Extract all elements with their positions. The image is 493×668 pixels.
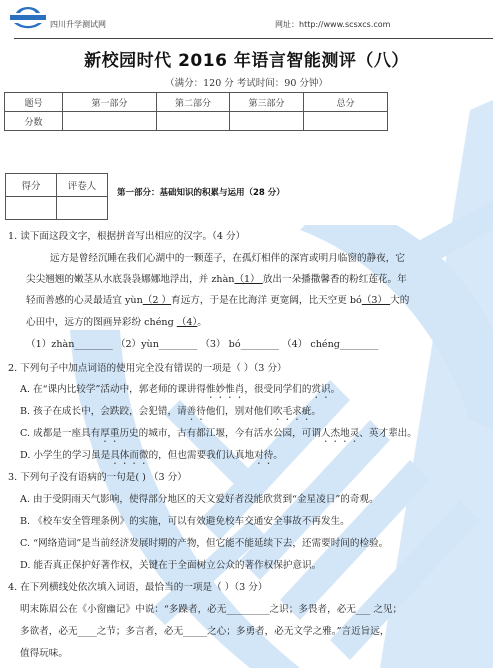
q2-option-c: C. 成都是一座具有厚重历史的城市，古有都江堰，今有活水公园，可谓人杰地灵、英才… bbox=[20, 425, 417, 445]
dotted-word: 具体而微 bbox=[110, 450, 148, 461]
table-header: 得分 bbox=[6, 174, 57, 197]
blank-4: （4） bbox=[177, 317, 198, 328]
q3-option-d: D. 能否真正保护好著作权，关键在于全面树立公众的著作权保护意识。 bbox=[20, 557, 321, 571]
dotted-word: 人杰地灵 bbox=[321, 428, 359, 439]
table-row: 题号 第一部分 第二部分 第三部分 总分 bbox=[5, 93, 388, 112]
text: 的，但也需要我们认真地 bbox=[149, 450, 255, 461]
site-name: 四川升学测试网 bbox=[50, 19, 106, 30]
grader-cell[interactable] bbox=[57, 197, 108, 220]
blank-1: （1） bbox=[234, 274, 262, 285]
q2-option-a: A. 在“课内比较学”活动中，郭老师的课讲得惟妙惟肖，很受同学们的赏识。 bbox=[20, 381, 340, 401]
q3-option-b: B. 《校车安全管理条例》的实施，可以有效避免校车交通安全事故不再发生。 bbox=[20, 513, 350, 527]
text: 育远方，于是在比海洋 更宽阔，比天空更 bó bbox=[171, 295, 362, 306]
site-url: 网址：http://www.scsxcs.com bbox=[275, 19, 390, 30]
q4-passage-line: 值得玩味。 bbox=[20, 645, 68, 659]
grader-table: 得分 评卷人 bbox=[5, 173, 108, 220]
q4-passage-line: 多欲者，必无____之节；多言者，必无_____之心；多勇者，必无文学之雅。”言… bbox=[20, 623, 389, 637]
text: 。 bbox=[197, 317, 207, 328]
blank-3: （3） bbox=[362, 295, 390, 306]
score-cell[interactable] bbox=[157, 112, 230, 131]
grade-cell[interactable] bbox=[6, 197, 57, 220]
text: ，很受同学们的 bbox=[244, 384, 311, 395]
q1-paragraph-line: 远方是曾经沉睡在我们心湖中的一颗莲子，在孤灯相伴的深宵或明月临窗的静夜，它 bbox=[50, 250, 405, 264]
q1-paragraph-line: 心田中，远方的图画异彩纷 chéng （4）。 bbox=[26, 314, 207, 328]
header-divider bbox=[14, 38, 493, 39]
question-2-stem: 2. 下列句子中加点词语的使用完全没有错误的一项是（ ）（3 分） bbox=[8, 360, 287, 374]
text: 心田中，远方的图画异彩纷 chéng bbox=[26, 317, 177, 328]
dotted-word: 吹毛求疵 bbox=[273, 406, 311, 417]
blank-2: （2 ） bbox=[143, 295, 171, 306]
q1-answer-blanks[interactable]: （1）zhàn________ （2）yùn________ （3） bó___… bbox=[26, 336, 378, 350]
text: 他们，别对他们 bbox=[206, 406, 273, 417]
q2-option-b: B. 孩子在成长中，会跌跤，会犯错，请善待他们，别对他们吹毛求疵。 bbox=[20, 403, 321, 423]
text: D. 小学生的学习虽是 bbox=[20, 450, 110, 461]
score-cell[interactable] bbox=[230, 112, 304, 131]
score-cell[interactable] bbox=[63, 112, 157, 131]
row-label: 分数 bbox=[5, 112, 63, 131]
table-header: 总分 bbox=[304, 93, 388, 112]
page-title: 新校园时代 2016 年语言智能测评（八） bbox=[0, 46, 493, 71]
question-3-stem: 3. 下列句子没有语病的一句是( ) （3 分） bbox=[8, 469, 187, 483]
table-header: 评卷人 bbox=[57, 174, 108, 197]
dotted-word: 惟妙惟肖 bbox=[206, 384, 244, 395]
q2-option-d: D. 小学生的学习虽是具体而微的，但也需要我们认真地对待。 bbox=[20, 447, 283, 467]
question-4-stem: 4. 在下列横线处依次填入词语，最恰当的一项是（ ）（3 分） bbox=[8, 579, 267, 593]
text: B. 孩子在成长中，会跌跤，会犯错，请 bbox=[20, 406, 187, 417]
text: 。 bbox=[311, 406, 321, 417]
text: 大的 bbox=[390, 295, 409, 306]
q1-paragraph-line: 轻而善感的心灵最适宜 yùn（2 ）育远方，于是在比海洋 更宽阔，比天空更 bó… bbox=[26, 292, 409, 306]
section-title: 第一部分：基础知识的积累与运用（28 分） bbox=[117, 186, 285, 198]
question-1-stem: 1. 读下面这段文字，根据拼音写出相应的汉字。（4 分） bbox=[8, 228, 245, 242]
text: 。 bbox=[331, 384, 341, 395]
dotted-word: 赏识 bbox=[311, 384, 330, 395]
dotted-word: 对待 bbox=[254, 450, 273, 461]
q3-option-c: C. “网络造词”是当前经济发展时期的产物，但它能不能延续下去，还需要时间的检验… bbox=[20, 535, 388, 549]
q4-passage-line: 明末陈眉公在《小窗幽记》中说：“多躁者，必无_________之识；多畏者，必无… bbox=[20, 601, 402, 615]
table-row: 分数 bbox=[5, 112, 388, 131]
text: 尖尖翘翘的嫩茎从水底袅袅娜娜地浮出，并 zhàn bbox=[26, 274, 234, 285]
text: 、英才辈出。 bbox=[359, 428, 417, 439]
text: A. 在“课内比较学”活动中，郭老师的课讲得 bbox=[20, 384, 206, 395]
text: 放出一朵播撒馨香的粉红莲花。年 bbox=[263, 274, 407, 285]
exam-info: （满分：120 分 考试时间：90 分钟） bbox=[0, 75, 493, 89]
q1-paragraph-line: 尖尖翘翘的嫩茎从水底袅袅娜娜地浮出，并 zhàn（1） 放出一朵播撒馨香的粉红莲… bbox=[26, 271, 407, 285]
dotted-word: 厚重 bbox=[100, 428, 119, 439]
text: 历史的城市，古有都江堰，今有活水公园，可谓 bbox=[119, 428, 320, 439]
text: 。 bbox=[273, 450, 283, 461]
text: C. 成都是一座具有 bbox=[20, 428, 100, 439]
table-header: 第二部分 bbox=[157, 93, 230, 112]
table-header: 题号 bbox=[5, 93, 63, 112]
table-header: 第一部分 bbox=[63, 93, 157, 112]
table-header: 第三部分 bbox=[230, 93, 304, 112]
dotted-word: 善待 bbox=[187, 406, 206, 417]
text: 轻而善感的心灵最适宜 yùn bbox=[26, 295, 143, 306]
q3-option-a: A. 由于受阴雨天气影响，使得部分地区的天文爱好者没能欣赏到“金星凌日”的奇观。 bbox=[20, 491, 379, 505]
site-logo-icon bbox=[8, 3, 48, 31]
score-cell[interactable] bbox=[304, 112, 388, 131]
score-table: 题号 第一部分 第二部分 第三部分 总分 分数 bbox=[4, 92, 388, 131]
